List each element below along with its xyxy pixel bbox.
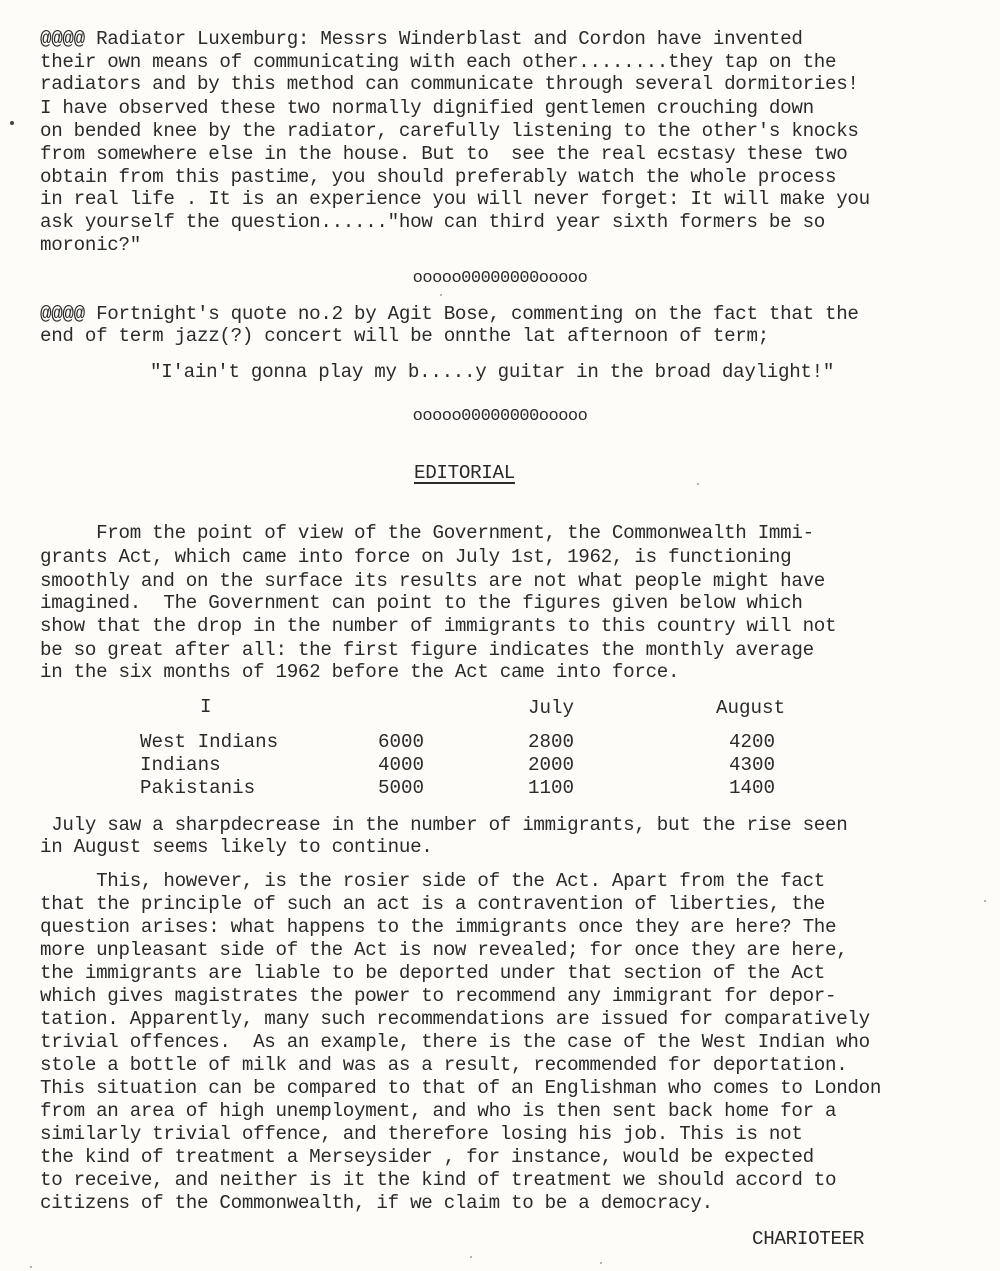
bullet-mark-icon [10, 121, 14, 125]
quote-text: "I'ain't gonna play my b.....y guitar in… [150, 361, 834, 383]
text-line: @@@@ Radiator Luxemburg: Messrs Winderbl… [40, 28, 803, 50]
text-line: the kind of treatment a Merseysider , fo… [40, 1146, 814, 1168]
cell-average: 4000 [378, 754, 424, 776]
cell-august: 4200 [729, 731, 775, 753]
row-label: West Indians [140, 731, 278, 753]
text-line: obtain from this pastime, you should pre… [40, 166, 836, 188]
text-line: which gives magistrates the power to rec… [40, 985, 836, 1007]
table-header-august: August [716, 697, 785, 719]
text-line: grants Act, which came into force on Jul… [40, 546, 791, 568]
cell-july: 1100 [528, 777, 574, 799]
text-line: From the point of view of the Government… [40, 522, 814, 544]
text-line: smoothly and on the surface its results … [40, 570, 825, 592]
cell-july: 2000 [528, 754, 574, 776]
text-line: more unpleasant side of the Act is now r… [40, 939, 847, 961]
text-line: the immigrants are liable to be deported… [40, 962, 825, 984]
row-label: Indians [140, 754, 221, 776]
text-line: This, however, is the rosier side of the… [40, 870, 825, 892]
text-line: that the principle of such an act is a c… [40, 893, 825, 915]
paper-speck [470, 1256, 472, 1258]
paper-speck [984, 900, 986, 902]
text-line: ask yourself the question......"how can … [40, 211, 825, 233]
text-line: show that the drop in the number of immi… [40, 615, 836, 637]
text-line: I have observed these two normally digni… [40, 97, 814, 119]
text-line: on bended knee by the radiator, carefull… [40, 120, 859, 142]
text-line: trivial offences. As an example, there i… [40, 1031, 870, 1053]
table-header: I [200, 696, 212, 718]
paper-speck [600, 1262, 602, 1264]
typewritten-page: @@@@ Radiator Luxemburg: Messrs Winderbl… [0, 0, 1000, 1271]
text-line: be so great after all: the first figure … [40, 639, 814, 661]
text-line: from somewhere else in the house. But to… [40, 143, 847, 165]
cell-august: 4300 [729, 754, 775, 776]
cell-july: 2800 [528, 731, 574, 753]
row-label: Pakistanis [140, 777, 255, 799]
cell-average: 6000 [378, 731, 424, 753]
text-line: This situation can be compared to that o… [40, 1077, 881, 1099]
text-line: citizens of the Commonwealth, if we clai… [40, 1192, 713, 1214]
separator-ornament: ooooo00000000ooooo [0, 406, 1000, 428]
text-line: to receive, and neither is it the kind o… [40, 1169, 836, 1191]
text-line: moronic?" [40, 234, 141, 256]
text-line: end of term jazz(?) concert will be onnt… [40, 325, 769, 347]
paper-speck [30, 1266, 32, 1268]
signature: CHARIOTEER [752, 1228, 864, 1250]
cell-august: 1400 [729, 777, 775, 799]
cell-average: 5000 [378, 777, 424, 799]
text-line: stole a bottle of milk and was as a resu… [40, 1054, 847, 1076]
text-line: question arises: what happens to the imm… [40, 916, 836, 938]
text-line: their own means of communicating with ea… [40, 51, 836, 73]
text-line: in August seems likely to continue. [40, 836, 433, 858]
separator-ornament: ooooo00000000ooooo [0, 268, 1000, 290]
table-header-july: July [528, 697, 574, 719]
editorial-heading: EDITORIAL [414, 462, 515, 484]
text-line: tation. Apparently, many such recommenda… [40, 1008, 870, 1030]
text-line: radiators and by this method can communi… [40, 73, 859, 95]
text-line: imagined. The Government can point to th… [40, 592, 803, 614]
paper-speck [697, 483, 699, 485]
text-line: similarly trivial offence, and therefore… [40, 1123, 803, 1145]
text-line: in the six months of 1962 before the Act… [40, 661, 679, 683]
paper-speck [440, 294, 442, 296]
text-line: from an area of high unemployment, and w… [40, 1100, 836, 1122]
text-line: in real life . It is an experience you w… [40, 188, 870, 210]
text-line: @@@@ Fortnight's quote no.2 by Agit Bose… [40, 303, 859, 325]
text-line: July saw a sharpdecrease in the number o… [40, 814, 847, 836]
